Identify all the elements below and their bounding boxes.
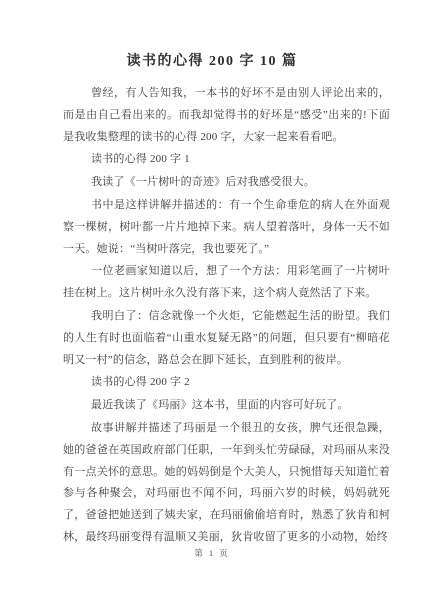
document-body: 曾经，有人告知我，一本书的好坏不是由别人评论出来的，而是由自己看出来的。而我却觉… — [0, 70, 424, 549]
page-number: 第 1 页 — [0, 547, 424, 559]
paragraph: 曾经，有人告知我，一本书的好坏不是由别人评论出来的，而是由自己看出来的。而我却觉… — [63, 83, 390, 148]
document-page: 读书的心得 200 字 10 篇 曾经，有人告知我，一本书的好坏不是由别人评论出… — [0, 0, 424, 600]
paragraph: 读书的心得 200 字 1 — [63, 149, 390, 171]
paragraph: 书中是这样讲解并描述的：有一个生命垂危的病人在外面观察一棵树，树叶都一片片地掉下… — [63, 195, 390, 260]
document-title: 读书的心得 200 字 10 篇 — [0, 0, 424, 70]
paragraph: 故事讲解并描述了玛丽是一个很丑的女孩，脾气还很急躁，她的爸爸在英国政府部门任职，… — [63, 418, 390, 549]
paragraph: 我读了《一片树叶的奇迹》后对我感受很大。 — [63, 172, 390, 194]
paragraph: 读书的心得 200 字 2 — [63, 372, 390, 394]
paragraph: 最近我读了《玛丽》这本书，里面的内容可好玩了。 — [63, 395, 390, 417]
paragraph: 一位老画家知道以后，想了一个方法：用彩笔画了一片树叶挂在树上。这片树叶永久没有落… — [63, 261, 390, 305]
paragraph: 我明白了：信念就像一个火炬，它能燃起生活的盼望。我们的人生有时也面临着“山重水复… — [63, 306, 390, 371]
